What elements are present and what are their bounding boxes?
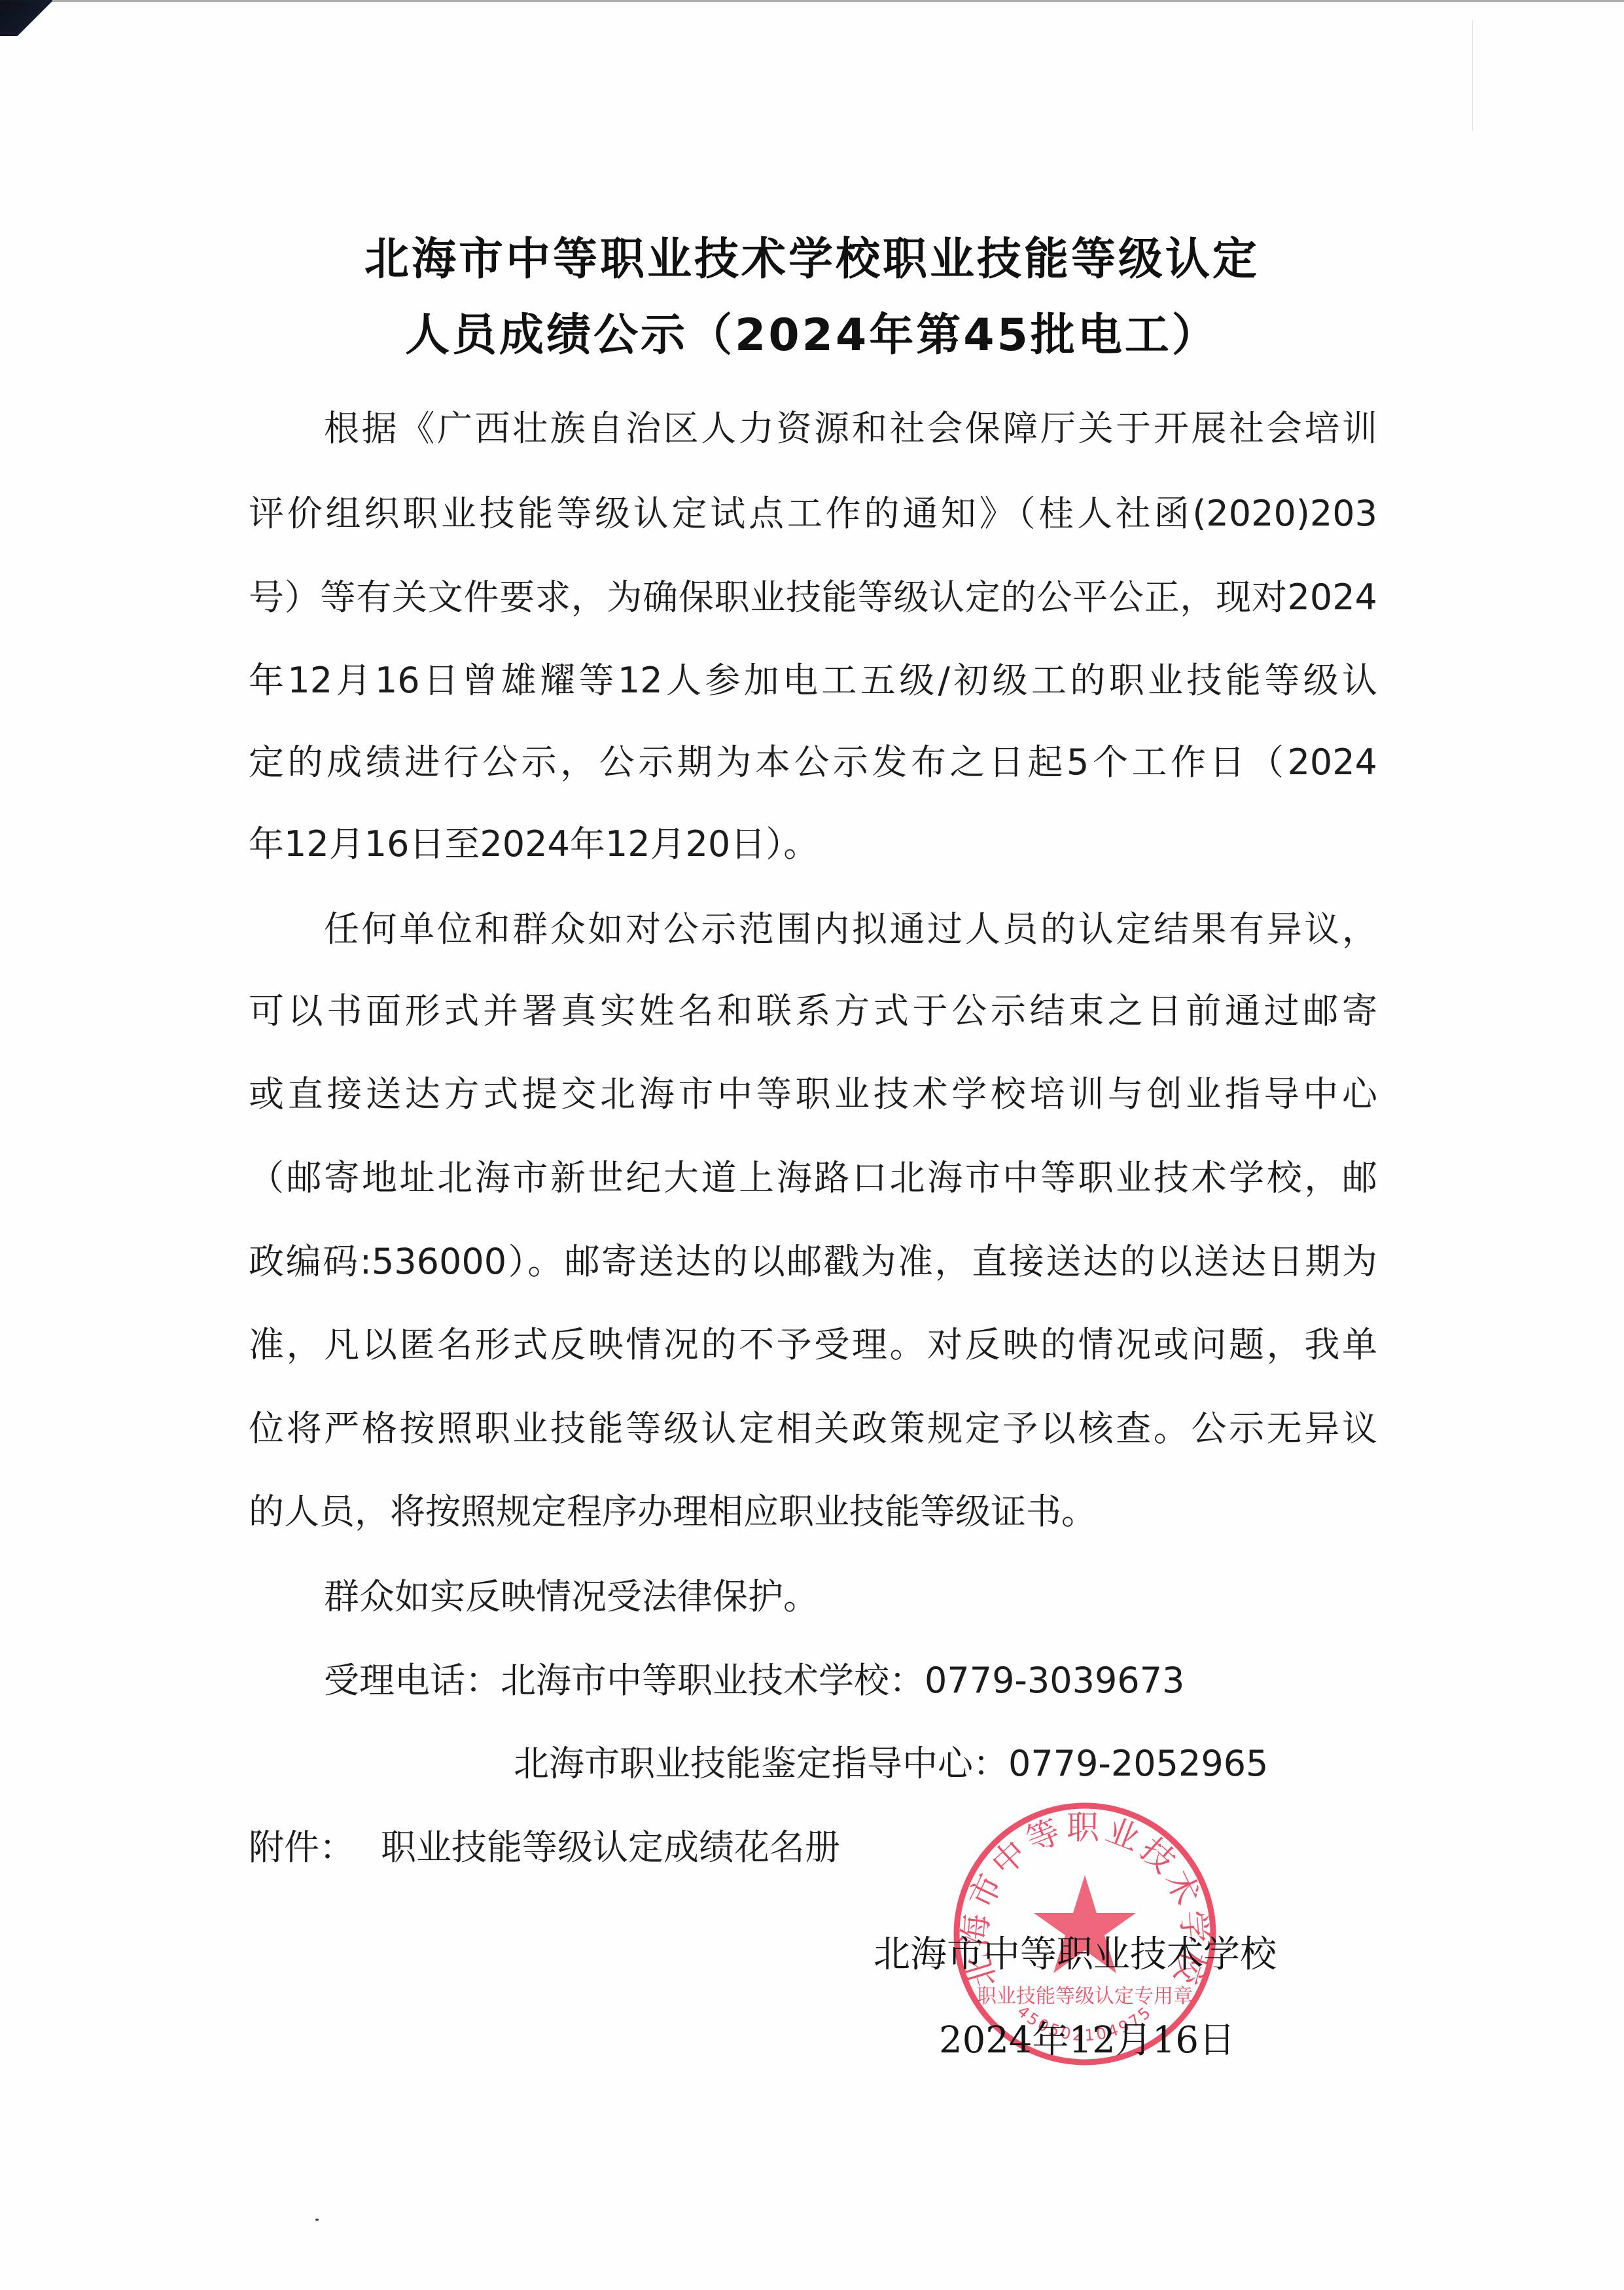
attachment-label: 附件： xyxy=(249,1827,355,1868)
paragraph-1-line: 号）等有关文件要求，为确保职业技能等级认定的公平公正，现对2024 xyxy=(249,575,1377,620)
scan-edge-line xyxy=(1472,20,1473,131)
paragraph-2-line: 准，凡以匿名形式反映情况的不予受理。对反映的情况或问题，我单 xyxy=(249,1322,1377,1368)
document-page: 北海市中等职业技术学校职业技能等级认定 人员成绩公示（2024年第45批电工） … xyxy=(0,0,1624,2290)
paragraph-2-line: 或直接送达方式提交北海市中等职业技术学校培训与创业指导中心 xyxy=(249,1071,1377,1117)
scan-top-edge xyxy=(0,0,1624,2)
paragraph-1-line: 根据《广西壮族自治区人力资源和社会保障厅关于开展社会培训 xyxy=(324,406,1377,452)
paragraph-2-line: 政编码:536000）。邮寄送达的以邮戳为准，直接送达的以送达日期为 xyxy=(249,1239,1377,1285)
attachment-name: 职业技能等级认定成绩花名册 xyxy=(381,1827,840,1868)
svg-text:职业技能等级认定专用章: 职业技能等级认定专用章 xyxy=(977,1985,1193,2008)
paragraph-2-line: 的人员，将按照规定程序办理相应职业技能等级证书。 xyxy=(249,1489,1377,1535)
contact-org-2: 北海市职业技能鉴定指导中心： xyxy=(514,1743,1008,1784)
contact-line-1: 受理电话：北海市中等职业技术学校：0779-3039673 xyxy=(324,1658,1453,1704)
document-title-line-1: 北海市中等职业技术学校职业技能等级认定 xyxy=(0,224,1624,287)
contact-label: 受理电话： xyxy=(324,1660,501,1701)
contact-phone-1: 0779-3039673 xyxy=(925,1660,1184,1701)
issue-date: 2024年12月16日 xyxy=(939,2011,1235,2064)
paragraph-1-line: 年12月16日曾雄耀等12人参加电工五级/初级工的职业技能等级认 xyxy=(249,658,1377,704)
document-title-line-2: 人员成绩公示（2024年第45批电工） xyxy=(0,300,1624,363)
issuer-name: 北海市中等职业技术学校 xyxy=(874,1925,1277,1978)
contact-line-2: 北海市职业技能鉴定指导中心：0779-2052965 xyxy=(514,1741,1624,1787)
paragraph-1-line: 评价组织职业技能等级认定试点工作的通知》（桂人社函(2020)203 xyxy=(249,491,1377,537)
legal-protection-note: 群众如实反映情况受法律保护。 xyxy=(324,1574,1453,1620)
contact-org-1: 北海市中等职业技术学校： xyxy=(501,1660,925,1701)
scan-speck xyxy=(315,2219,319,2221)
paragraph-2-line: （邮寄地址北海市新世纪大道上海路口北海市中等职业技术学校，邮 xyxy=(249,1155,1377,1201)
scan-folded-corner xyxy=(0,0,52,36)
paragraph-1-line: 定的成绩进行公示，公示期为本公示发布之日起5个工作日（2024 xyxy=(249,740,1377,785)
paragraph-2-line: 可以书面形式并署真实姓名和联系方式于公示结束之日前通过邮寄 xyxy=(249,988,1377,1034)
contact-phone-2: 0779-2052965 xyxy=(1008,1743,1268,1784)
paragraph-2-line: 位将严格按照职业技能等级认定相关政策规定予以核查。公示无异议 xyxy=(249,1406,1377,1452)
paragraph-2-line: 任何单位和群众如对公示范围内拟通过人员的认定结果有异议， xyxy=(324,906,1377,952)
paragraph-1-line: 年12月16日至2024年12月20日）。 xyxy=(249,821,1377,867)
